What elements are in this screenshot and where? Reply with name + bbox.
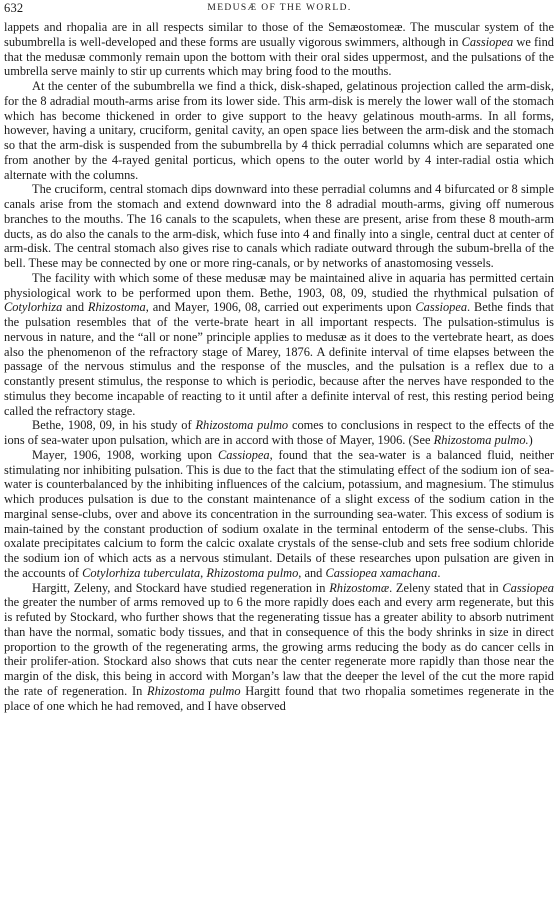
text-run: At the center of the subumbrella we find… <box>4 79 554 182</box>
italic-term: Rhizostoma pulmo <box>195 418 288 432</box>
text-run: the greater the number of arms removed u… <box>4 595 554 698</box>
italic-term: Cassiopea <box>502 581 554 595</box>
text-run: and <box>62 300 88 314</box>
text-run: ) <box>529 433 533 447</box>
italic-term: Rhizostoma pulmo <box>147 684 241 698</box>
italic-term: Cassiopea xamachana <box>325 566 437 580</box>
italic-term: Cotylorhiza <box>4 300 62 314</box>
italic-term: Rhizostoma pulmo. <box>434 433 529 447</box>
text-run: . Bethe finds that the pulsation resembl… <box>4 300 554 417</box>
paragraph: Bethe, 1908, 09, in his study of Rhizost… <box>4 418 554 448</box>
italic-term: Rhizostomæ <box>329 581 389 595</box>
paragraph: The facility with which some of these me… <box>4 271 554 419</box>
text-run: , and Mayer, 1906, 08, carried out exper… <box>146 300 416 314</box>
italic-term: Rhizostoma <box>88 300 146 314</box>
paragraph: lappets and rhopalia are in all respects… <box>4 20 554 79</box>
italic-term: Cassiopea <box>462 35 514 49</box>
running-title: MEDUSÆ OF THE WORLD. <box>0 3 559 13</box>
italic-term: Cassiopea <box>415 300 467 314</box>
text-run: Hargitt, Zeleny, and Stockard have studi… <box>32 581 329 595</box>
text-run: . Zeleny stated that in <box>389 581 502 595</box>
italic-term: Rhizostoma pulmo <box>206 566 298 580</box>
text-run: The facility with which some of these me… <box>4 271 554 300</box>
italic-term: Cassiopea <box>218 448 270 462</box>
text-run: Mayer, 1906, 1908, working upon <box>32 448 218 462</box>
paragraph: Hargitt, Zeleny, and Stockard have studi… <box>4 581 554 714</box>
italic-term: Cotylorhiza tuberculata <box>82 566 200 580</box>
text-run: , found that the sea-water is a balanced… <box>4 448 554 580</box>
text-run: Bethe, 1908, 09, in his study of <box>32 418 195 432</box>
body-text: lappets and rhopalia are in all respects… <box>4 20 554 713</box>
paragraph: The cruciform, central stomach dips down… <box>4 182 554 271</box>
paragraph: Mayer, 1906, 1908, working upon Cassiope… <box>4 448 554 581</box>
text-run: , and <box>298 566 325 580</box>
text-run: The cruciform, central stomach dips down… <box>4 182 554 270</box>
page-header: 632 MEDUSÆ OF THE WORLD. <box>0 0 559 16</box>
text-run: . <box>437 566 440 580</box>
paragraph: At the center of the subumbrella we find… <box>4 79 554 182</box>
